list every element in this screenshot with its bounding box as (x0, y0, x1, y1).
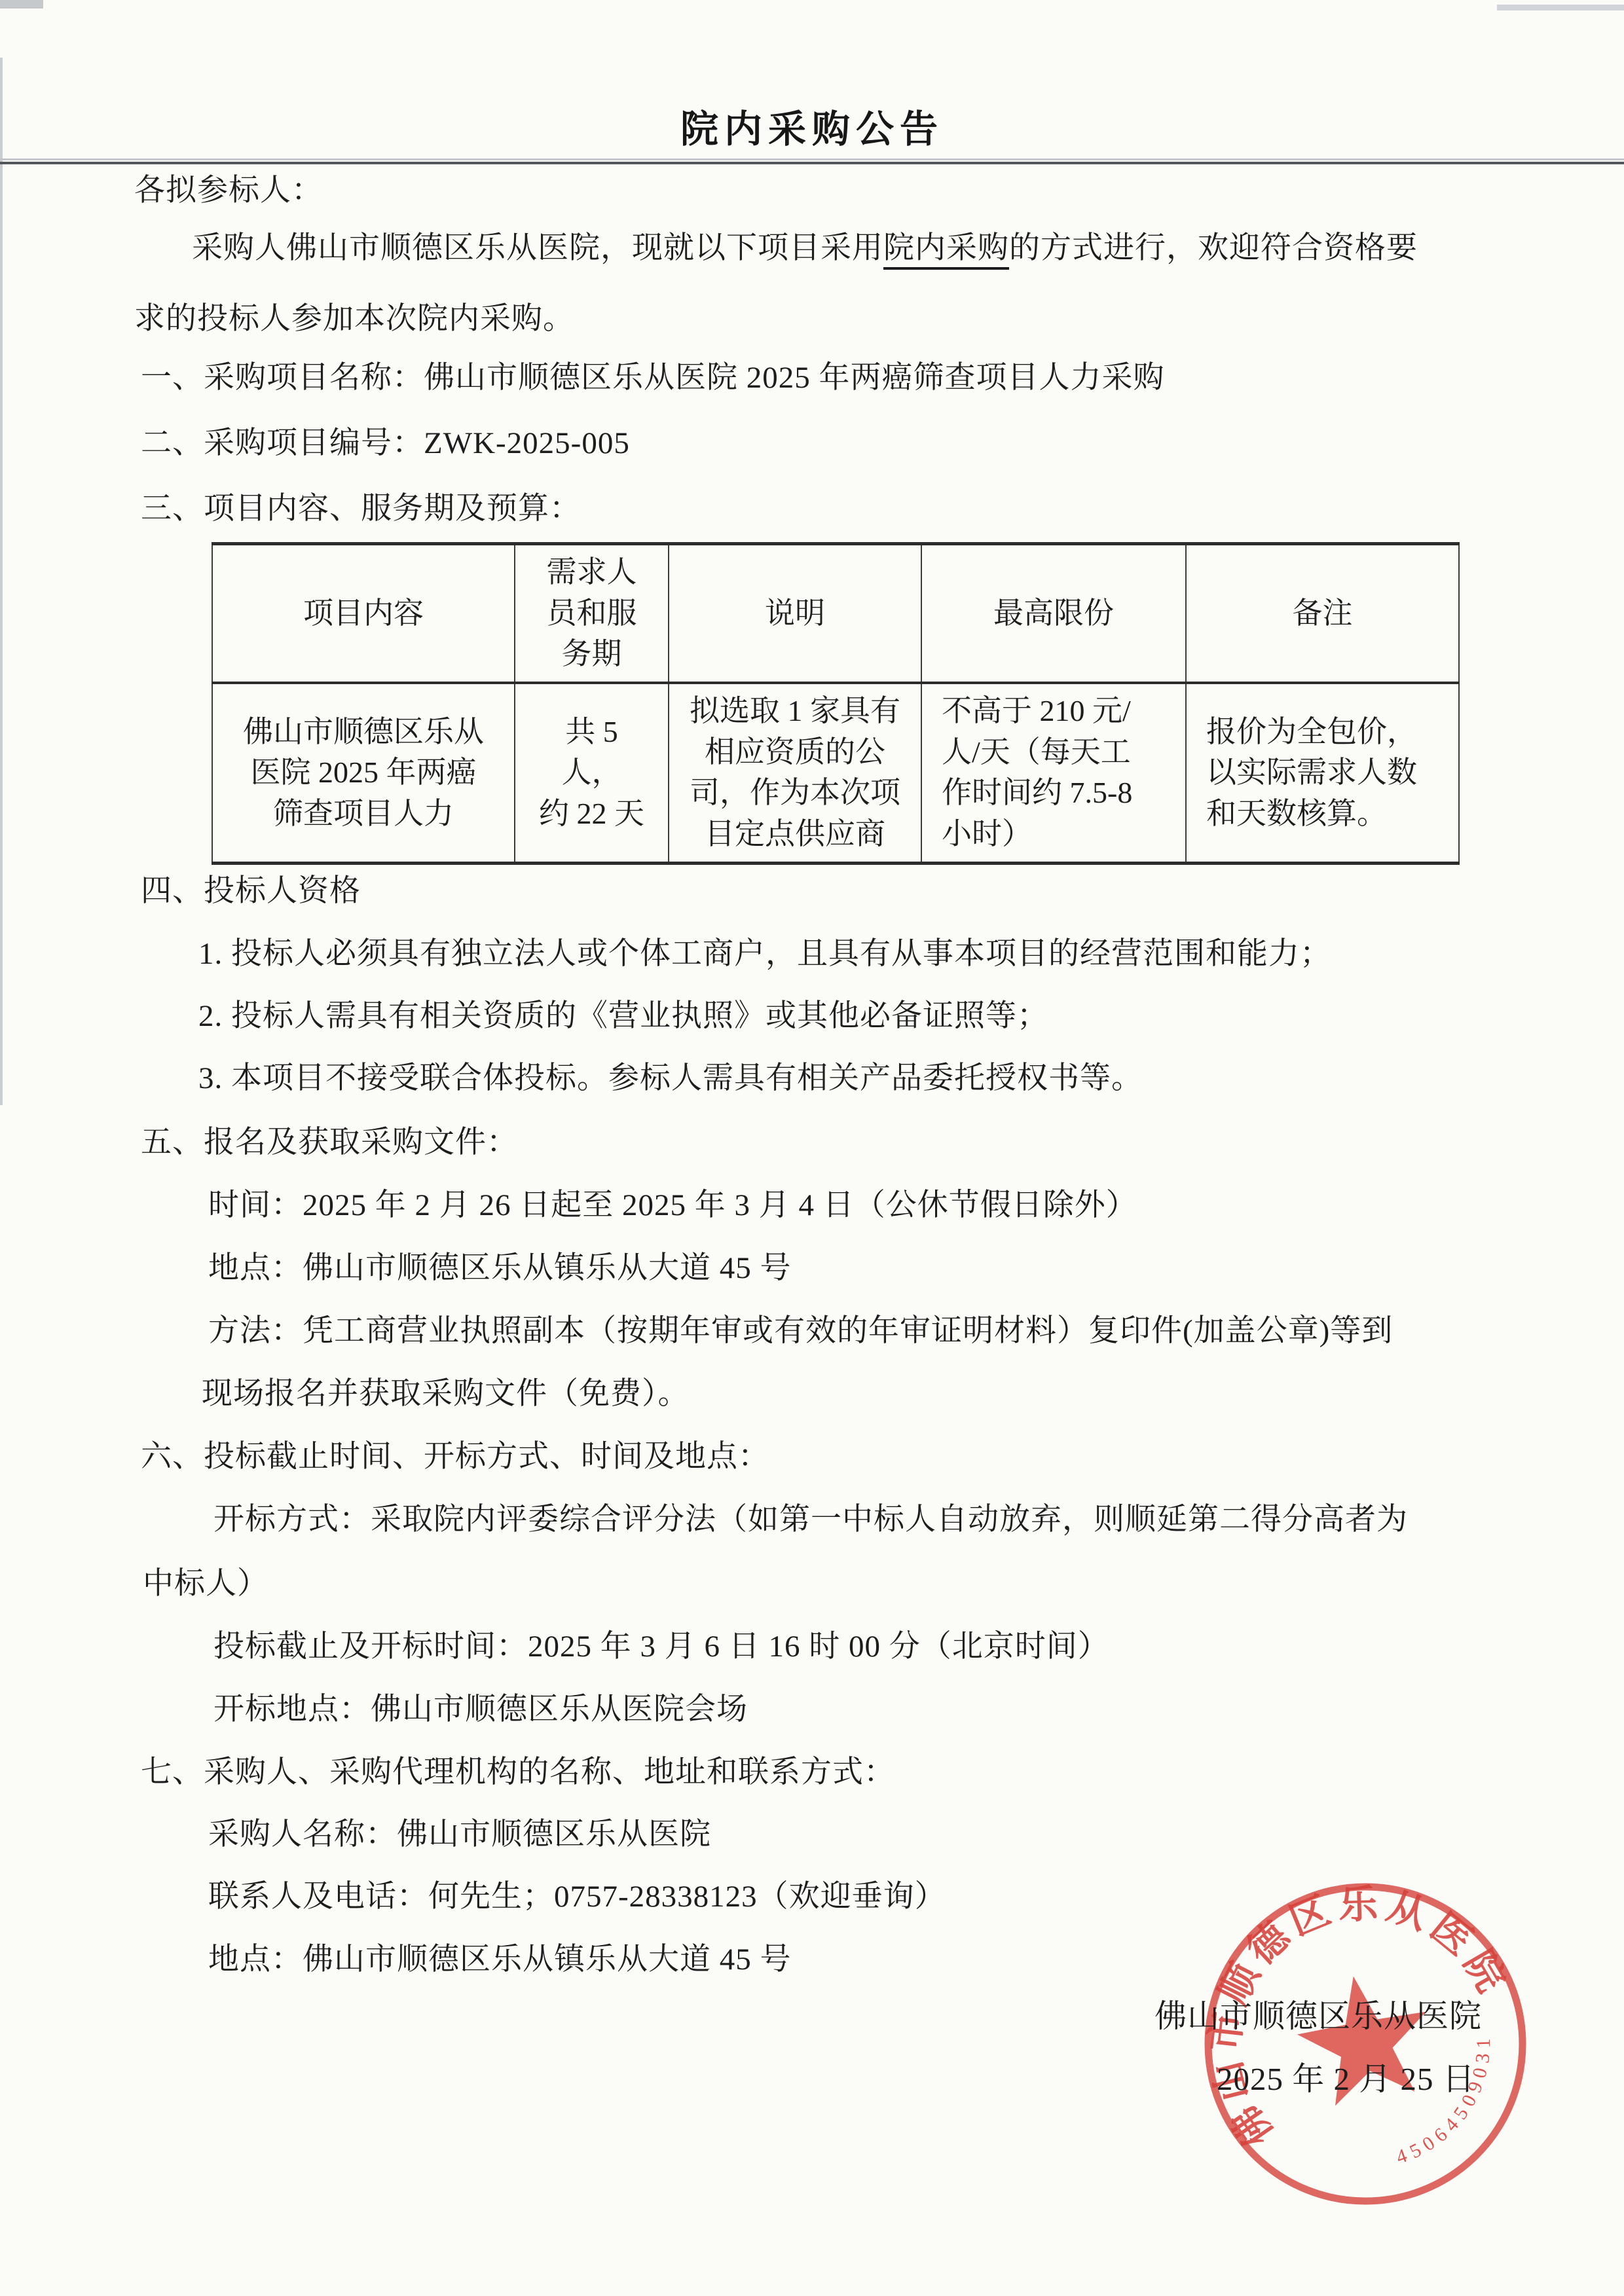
registration-method-line1: 方法：凭工商营业执照副本（按期年审或有效的年审证明材料）复印件(加盖公章)等到 (208, 1313, 1393, 1349)
section-1-project-name: 一、采购项目名称：佛山市顺德区乐从医院 2025 年两癌筛查项目人力采购 (141, 360, 1165, 395)
intro-line1-pre: 采购人佛山市顺德区乐从医院，现就以下项目采用 (192, 231, 883, 265)
bid-opening-method-line2: 中标人） (143, 1566, 268, 1601)
salutation: 各拟参标人： (134, 173, 323, 208)
table-header-description: 说明 (669, 544, 921, 683)
section-7-heading: 七、采购人、采购代理机构的名称、地址和联系方式： (141, 1755, 895, 1790)
bid-opening-place: 开标地点：佛山市顺德区乐从医院会场 (213, 1692, 748, 1727)
intro-line1: 采购人佛山市顺德区乐从医院，现就以下项目采用院内采购的方式进行，欢迎符合资格要 (192, 230, 1418, 266)
header-divider-light (0, 158, 1624, 160)
table-header-staff-period: 需求人 员和服 务期 (515, 544, 669, 683)
section-2-project-number: 二、采购项目编号：ZWK-2025-005 (141, 426, 630, 461)
table-head: 项目内容 需求人 员和服 务期 说明 最高限份 备注 (212, 544, 1459, 683)
buyer-address: 地点：佛山市顺德区乐从镇乐从大道 45 号 (208, 1942, 792, 1977)
cell-max-price: 不高于 210 元/ 人/天（每天工 作时间约 7.5-8 小时） (921, 683, 1186, 864)
table-row: 佛山市顺德区乐从 医院 2025 年两癌 筛查项目人力 共 5 人， 约 22 … (212, 683, 1459, 864)
scan-streak-artifact (1497, 5, 1624, 10)
scan-edge-artifact (0, 58, 3, 1105)
project-budget-table: 项目内容 需求人 员和服 务期 说明 最高限份 备注 佛山市顺德区乐从 医院 2… (212, 542, 1460, 865)
cell-project-content: 佛山市顺德区乐从 医院 2025 年两癌 筛查项目人力 (212, 683, 515, 864)
header-divider (0, 162, 1624, 164)
cell-remarks: 报价为全包价， 以实际需求人数 和天数核算。 (1186, 683, 1459, 864)
cell-description: 拟选取 1 家具有 相应资质的公 司，作为本次项 目定点供应商 (669, 683, 921, 864)
contact-phone: 联系人及电话：何先生；0757-28338123（欢迎垂询） (208, 1879, 946, 1914)
cell-staff-period: 共 5 人， 约 22 天 (515, 683, 669, 864)
section-3-heading: 三、项目内容、服务期及预算： (141, 491, 581, 526)
scanned-announcement-page: 院内采购公告 各拟参标人： 采购人佛山市顺德区乐从医院，现就以下项目采用院内采购… (0, 0, 1624, 2296)
section-5-heading: 五、报名及获取采购文件： (141, 1125, 518, 1160)
signature-organization: 佛山市顺德区乐从医院 (1154, 1998, 1482, 2035)
qualification-item-2: 2. 投标人需具有相关资质的《营业执照》或其他必备证照等； (198, 998, 1048, 1034)
qualification-item-3: 3. 本项目不接受联合体投标。参标人需具有相关产品委托授权书等。 (198, 1061, 1143, 1096)
table-header-row: 项目内容 需求人 员和服 务期 说明 最高限份 备注 (212, 544, 1459, 683)
intro-line2: 求的投标人参加本次院内采购。 (134, 301, 574, 337)
section-6-heading: 六、投标截止时间、开标方式、时间及地点： (141, 1439, 769, 1474)
scan-corner-artifact (0, 0, 43, 9)
signature-date: 2025 年 2 月 25 日 (1217, 2061, 1475, 2098)
registration-method-line2: 现场报名并获取采购文件（免费）。 (202, 1376, 690, 1412)
registration-time: 时间：2025 年 2 月 26 日起至 2025 年 3 月 4 日（公休节假… (208, 1188, 1137, 1223)
bid-opening-method-line1: 开标方式：采取院内评委综合评分法（如第一中标人自动放弃，则顺延第二得分高者为 (213, 1502, 1408, 1537)
intro-line1-post: 的方式进行，欢迎符合资格要 (1009, 231, 1418, 265)
buyer-name: 采购人名称：佛山市顺德区乐从医院 (208, 1817, 711, 1852)
table-header-content: 项目内容 (212, 544, 515, 683)
table-header-max-price: 最高限份 (921, 544, 1186, 683)
registration-place: 地点：佛山市顺德区乐从镇乐从大道 45 号 (208, 1250, 792, 1286)
page-title: 院内采购公告 (0, 98, 1624, 153)
qualification-item-1: 1. 投标人必须具有独立法人或个体工商户，且具有从事本项目的经营范围和能力； (198, 936, 1331, 972)
section-4-heading: 四、投标人资格 (141, 873, 361, 909)
table-body: 佛山市顺德区乐从 医院 2025 年两癌 筛查项目人力 共 5 人， 约 22 … (212, 683, 1459, 864)
official-seal-stamp: 佛山市顺德区乐从医院 45064509031 (1195, 1872, 1536, 2213)
intro-underlined-term: 院内采购 (883, 231, 1009, 270)
bid-deadline: 投标截止及开标时间：2025 年 3 月 6 日 16 时 00 分（北京时间） (213, 1629, 1109, 1664)
table-header-remarks: 备注 (1186, 544, 1459, 683)
